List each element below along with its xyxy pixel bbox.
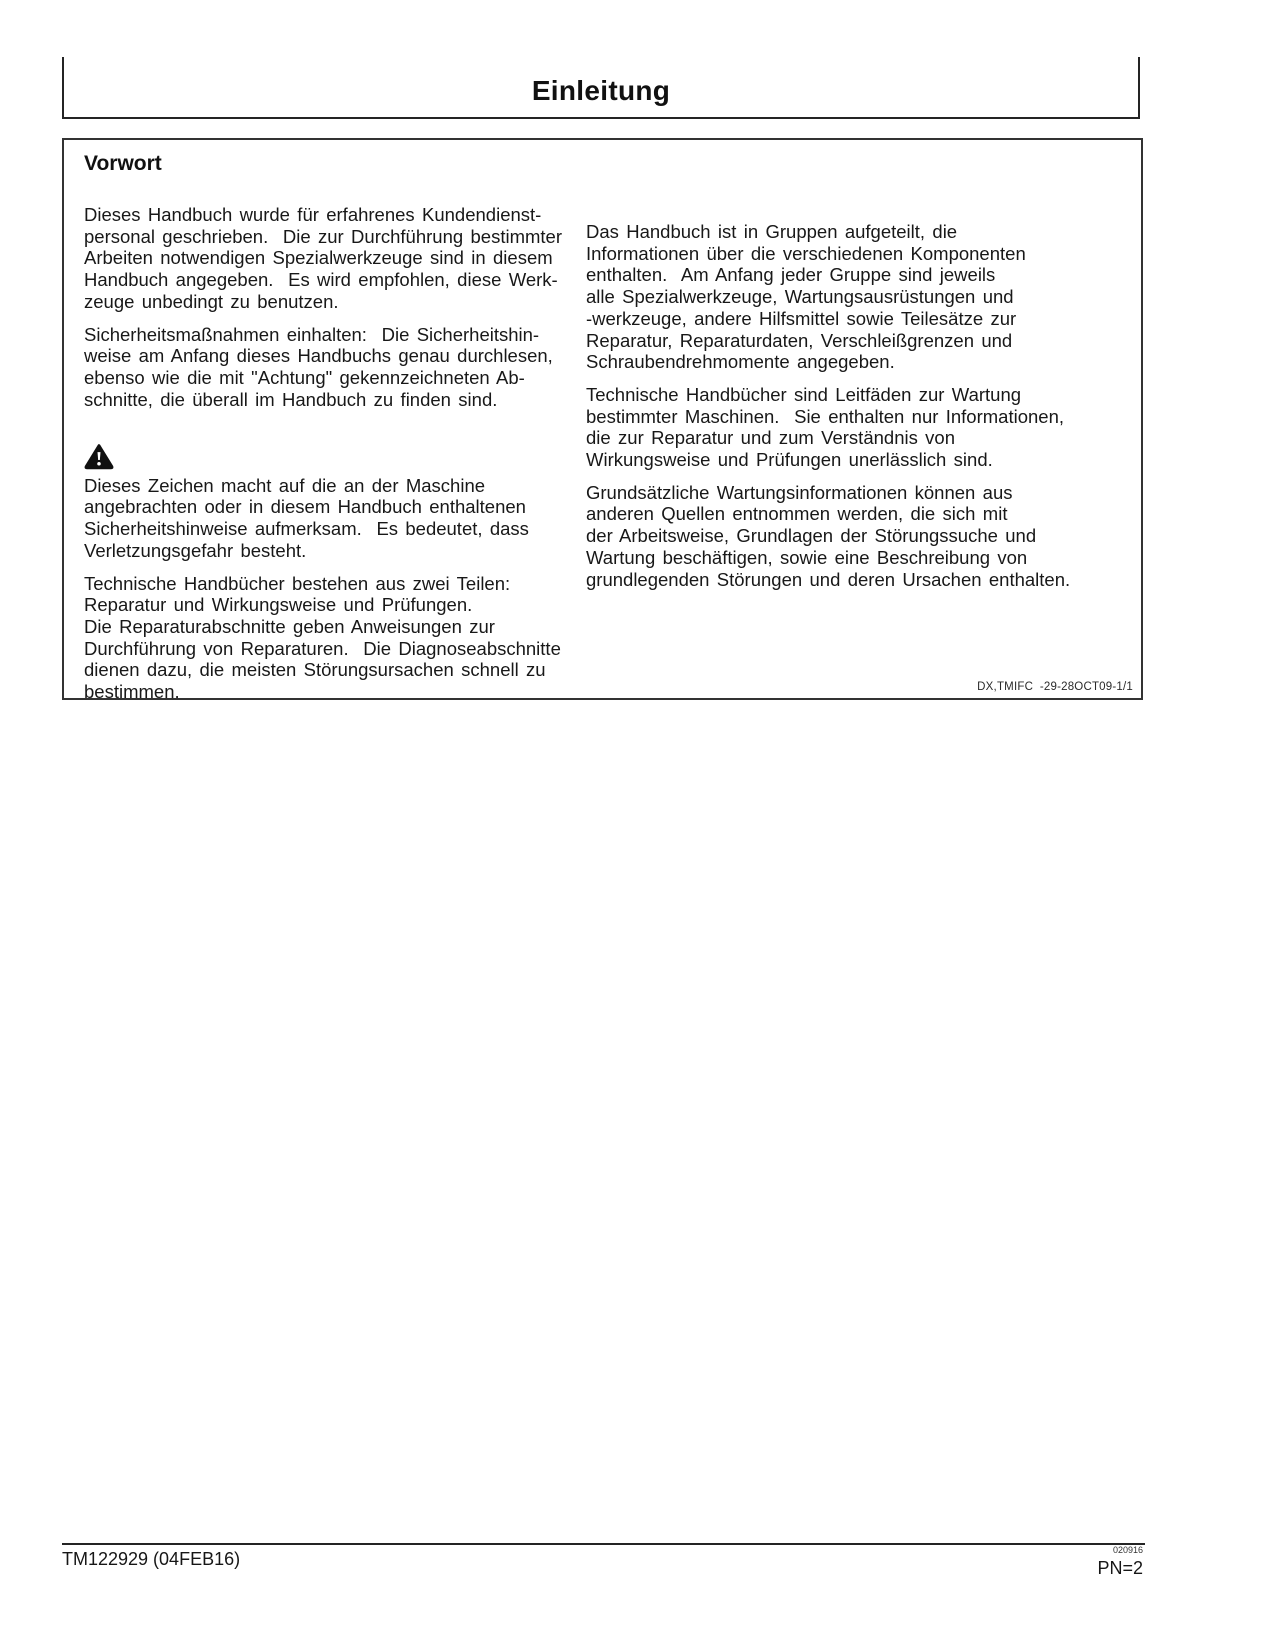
paragraph: Grundsätzliche Wartungsinformationen kön… [586,482,1086,591]
footer-rule [62,1543,1145,1545]
footer-print-code: 020916 [1097,1545,1143,1556]
page-title: Einleitung [62,75,1140,107]
footer-doc-number: TM122929 (04FEB16) [62,1549,240,1570]
paragraph: Dieses Zeichen macht auf die an der Masc… [84,421,566,561]
page-header: Einleitung [62,57,1140,119]
column-left: Dieses Handbuch wurde für erfahrenes Kun… [84,204,566,714]
footer-page-number: PN=2 [1097,1558,1143,1578]
two-column-text: Dieses Handbuch wurde für erfahrenes Kun… [84,204,1131,714]
paragraph: Sicherheitsmaßnahmen einhalten: Die Sich… [84,324,566,411]
paragraph: Technische Handbücher sind Leitfäden zur… [586,384,1086,471]
paragraph: Dieses Handbuch wurde für erfahrenes Kun… [84,204,566,313]
reference-code: DX,TMIFC -29-28OCT09-1/1 [977,681,1133,693]
warning-triangle-icon [84,443,114,475]
footer-right-block: 020916 PN=2 [1097,1545,1143,1578]
section-heading: Vorwort [84,152,1131,176]
column-right: Das Handbuch ist in Gruppen aufgeteilt, … [586,221,1086,601]
paragraph: Das Handbuch ist in Gruppen aufgeteilt, … [586,221,1086,373]
paragraph: Technische Handbücher bestehen aus zwei … [84,573,566,703]
vorwort-section: Vorwort Dieses Handbuch wurde für erfahr… [62,138,1143,700]
header-rule [62,117,1140,119]
